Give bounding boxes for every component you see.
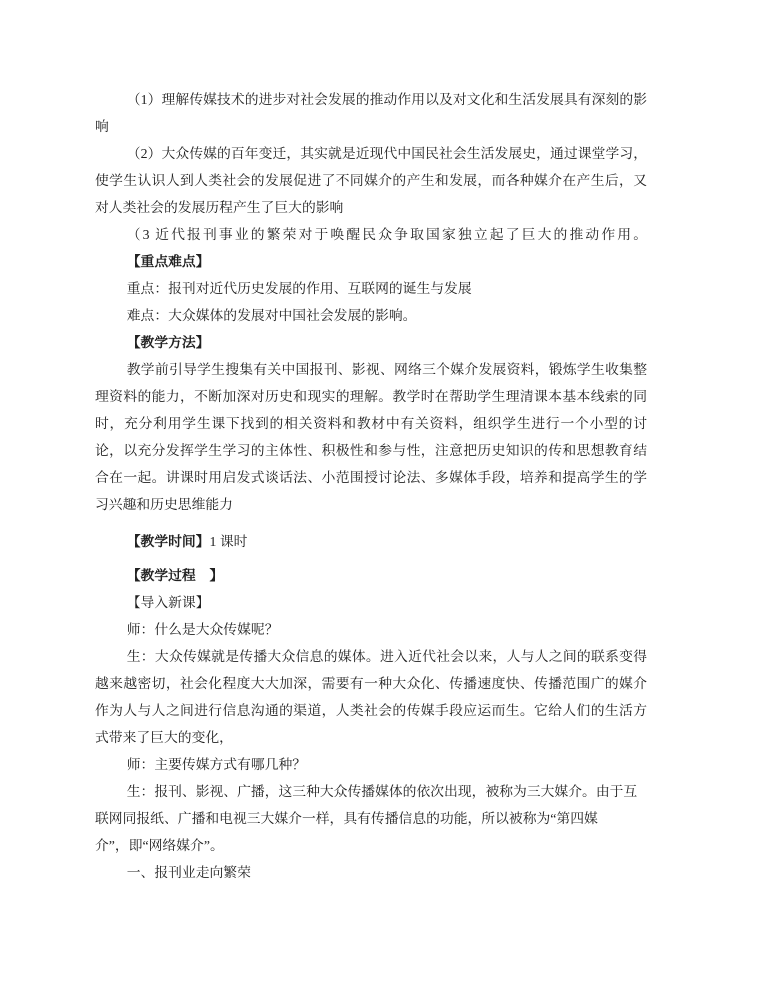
text-line: 重点：报刊对近代历史发展的作用、互联网的诞生与发展 <box>95 275 647 302</box>
text-line: 【教学方法】 <box>95 329 647 356</box>
body-text: 生：大众传媒就是传播大众信息的媒体。进入近代社会以来，人与人之间的联系变得 <box>127 649 647 664</box>
document-page: （1）理解传媒技术的进步对社会发展的推动作用以及对文化和生活发展具有深刻的影响（… <box>0 0 770 1000</box>
text-line: 越来越密切，社会化程度大大加深，需要有一种大众化、传播速度快、传播范围广的媒介 <box>95 670 647 697</box>
body-text: （3 近代报刊事业的繁荣对于唤醒民众争取国家独立起了巨大的推动作用。 <box>127 227 647 242</box>
text-line: （3 近代报刊事业的繁荣对于唤醒民众争取国家独立起了巨大的推动作用。 <box>95 221 647 248</box>
body-text: 介”，即“网络媒介”。 <box>95 838 224 853</box>
text-line: 【教学时间】1 课时 <box>95 528 647 555</box>
body-text: 联网同报纸、广播和电视三大媒介一样，具有传播信息的功能，所以被称为“第四媒 <box>95 811 598 826</box>
body-text: 越来越密切，社会化程度大大加深，需要有一种大众化、传播速度快、传播范围广的媒介 <box>95 676 647 691</box>
body-text: 时，充分利用学生课下找到的相关资料和教材中有关资料，组织学生进行一个小型的讨 <box>95 416 647 431</box>
body-text: 【导入新课】 <box>127 595 210 610</box>
body-text: 使学生认识人到人类社会的发展促进了不同媒介的产生和发展，而各种媒介在产生后，又 <box>95 173 647 188</box>
body-text: 论，以充分发挥学生学习的主体性、积极性和参与性，注意把历史知识的传和思想教育结 <box>95 443 647 458</box>
text-line: 教学前引导学生搜集有关中国报刊、影视、网络三个媒介发展资料，锻炼学生收集整 <box>95 356 647 383</box>
text-line: 一、报刊业走向繁荣 <box>95 859 647 886</box>
section-heading-text: 【教学方法】 <box>127 335 210 350</box>
text-line: 师：什么是大众传媒呢？ <box>95 616 647 643</box>
text-line: 【导入新课】 <box>95 589 647 616</box>
body-text: 师：什么是大众传媒呢？ <box>127 622 279 637</box>
text-line: 合在一起。讲课时用启发式谈话法、小范围授讨论法、多媒体手段，培养和提高学生的学 <box>95 464 647 491</box>
body-text: 师：主要传媒方式有哪几种？ <box>127 757 306 772</box>
text-line: 时，充分利用学生课下找到的相关资料和教材中有关资料，组织学生进行一个小型的讨 <box>95 410 647 437</box>
body-text: （1）理解传媒技术的进步对社会发展的推动作用以及对文化和生活发展具有深刻的影 <box>127 92 647 107</box>
text-line: 【重点难点】 <box>95 248 647 275</box>
text-line: 响 <box>95 113 647 140</box>
body-text: 对人类社会的发展历程产生了巨大的影响 <box>95 200 343 215</box>
body-text: 理资料的能力，不断加深对历史和现实的理解。教学时在帮助学生理清课本基本线索的同 <box>95 389 647 404</box>
text-line: 论，以充分发挥学生学习的主体性、积极性和参与性，注意把历史知识的传和思想教育结 <box>95 437 647 464</box>
body-text: 1 课时 <box>210 534 248 549</box>
text-line: （2）大众传媒的百年变迁，其实就是近现代中国民社会生活发展史，通过课堂学习， <box>95 140 647 167</box>
text-line: 师：主要传媒方式有哪几种？ <box>95 751 647 778</box>
text-line: 难点：大众媒体的发展对中国社会发展的影响。 <box>95 302 647 329</box>
text-line: 对人类社会的发展历程产生了巨大的影响 <box>95 194 647 221</box>
body-text: 式带来了巨大的变化， <box>95 730 233 745</box>
body-text: 生：报刊、影视、广播，这三种大众传播媒体的依次出现，被称为三大媒介。由于互 <box>127 784 637 799</box>
text-line: 生：报刊、影视、广播，这三种大众传播媒体的依次出现，被称为三大媒介。由于互 <box>95 778 647 805</box>
body-text: 作为人与人之间进行信息沟通的渠道，人类社会的传媒手段应运而生。它给人们的生活方 <box>95 703 647 718</box>
text-line: 介”，即“网络媒介”。 <box>95 832 647 859</box>
text-line: 习兴趣和历史思维能力 <box>95 491 647 518</box>
text-line: 联网同报纸、广播和电视三大媒介一样，具有传播信息的功能，所以被称为“第四媒 <box>95 805 647 832</box>
text-line: 【教学过程 】 <box>95 562 647 589</box>
body-text: 响 <box>95 119 109 134</box>
section-heading-text: 【重点难点】 <box>127 254 210 269</box>
text-line: 作为人与人之间进行信息沟通的渠道，人类社会的传媒手段应运而生。它给人们的生活方 <box>95 697 647 724</box>
section-heading-text: 【教学时间】 <box>127 534 210 549</box>
section-heading-text: 【教学过程 】 <box>127 568 224 583</box>
text-line: 使学生认识人到人类社会的发展促进了不同媒介的产生和发展，而各种媒介在产生后，又 <box>95 167 647 194</box>
body-text: 习兴趣和历史思维能力 <box>95 497 233 512</box>
text-line: （1）理解传媒技术的进步对社会发展的推动作用以及对文化和生活发展具有深刻的影 <box>95 86 647 113</box>
body-text: 一、报刊业走向繁荣 <box>127 865 251 880</box>
text-line: 式带来了巨大的变化， <box>95 724 647 751</box>
body-text: 教学前引导学生搜集有关中国报刊、影视、网络三个媒介发展资料，锻炼学生收集整 <box>127 362 647 377</box>
body-text: （2）大众传媒的百年变迁，其实就是近现代中国民社会生活发展史，通过课堂学习， <box>127 146 647 161</box>
body-text: 重点：报刊对近代历史发展的作用、互联网的诞生与发展 <box>127 281 472 296</box>
body-text: 难点：大众媒体的发展对中国社会发展的影响。 <box>127 308 417 323</box>
text-line: 理资料的能力，不断加深对历史和现实的理解。教学时在帮助学生理清课本基本线索的同 <box>95 383 647 410</box>
body-text: 合在一起。讲课时用启发式谈话法、小范围授讨论法、多媒体手段，培养和提高学生的学 <box>95 470 647 485</box>
text-line: 生：大众传媒就是传播大众信息的媒体。进入近代社会以来，人与人之间的联系变得 <box>95 643 647 670</box>
